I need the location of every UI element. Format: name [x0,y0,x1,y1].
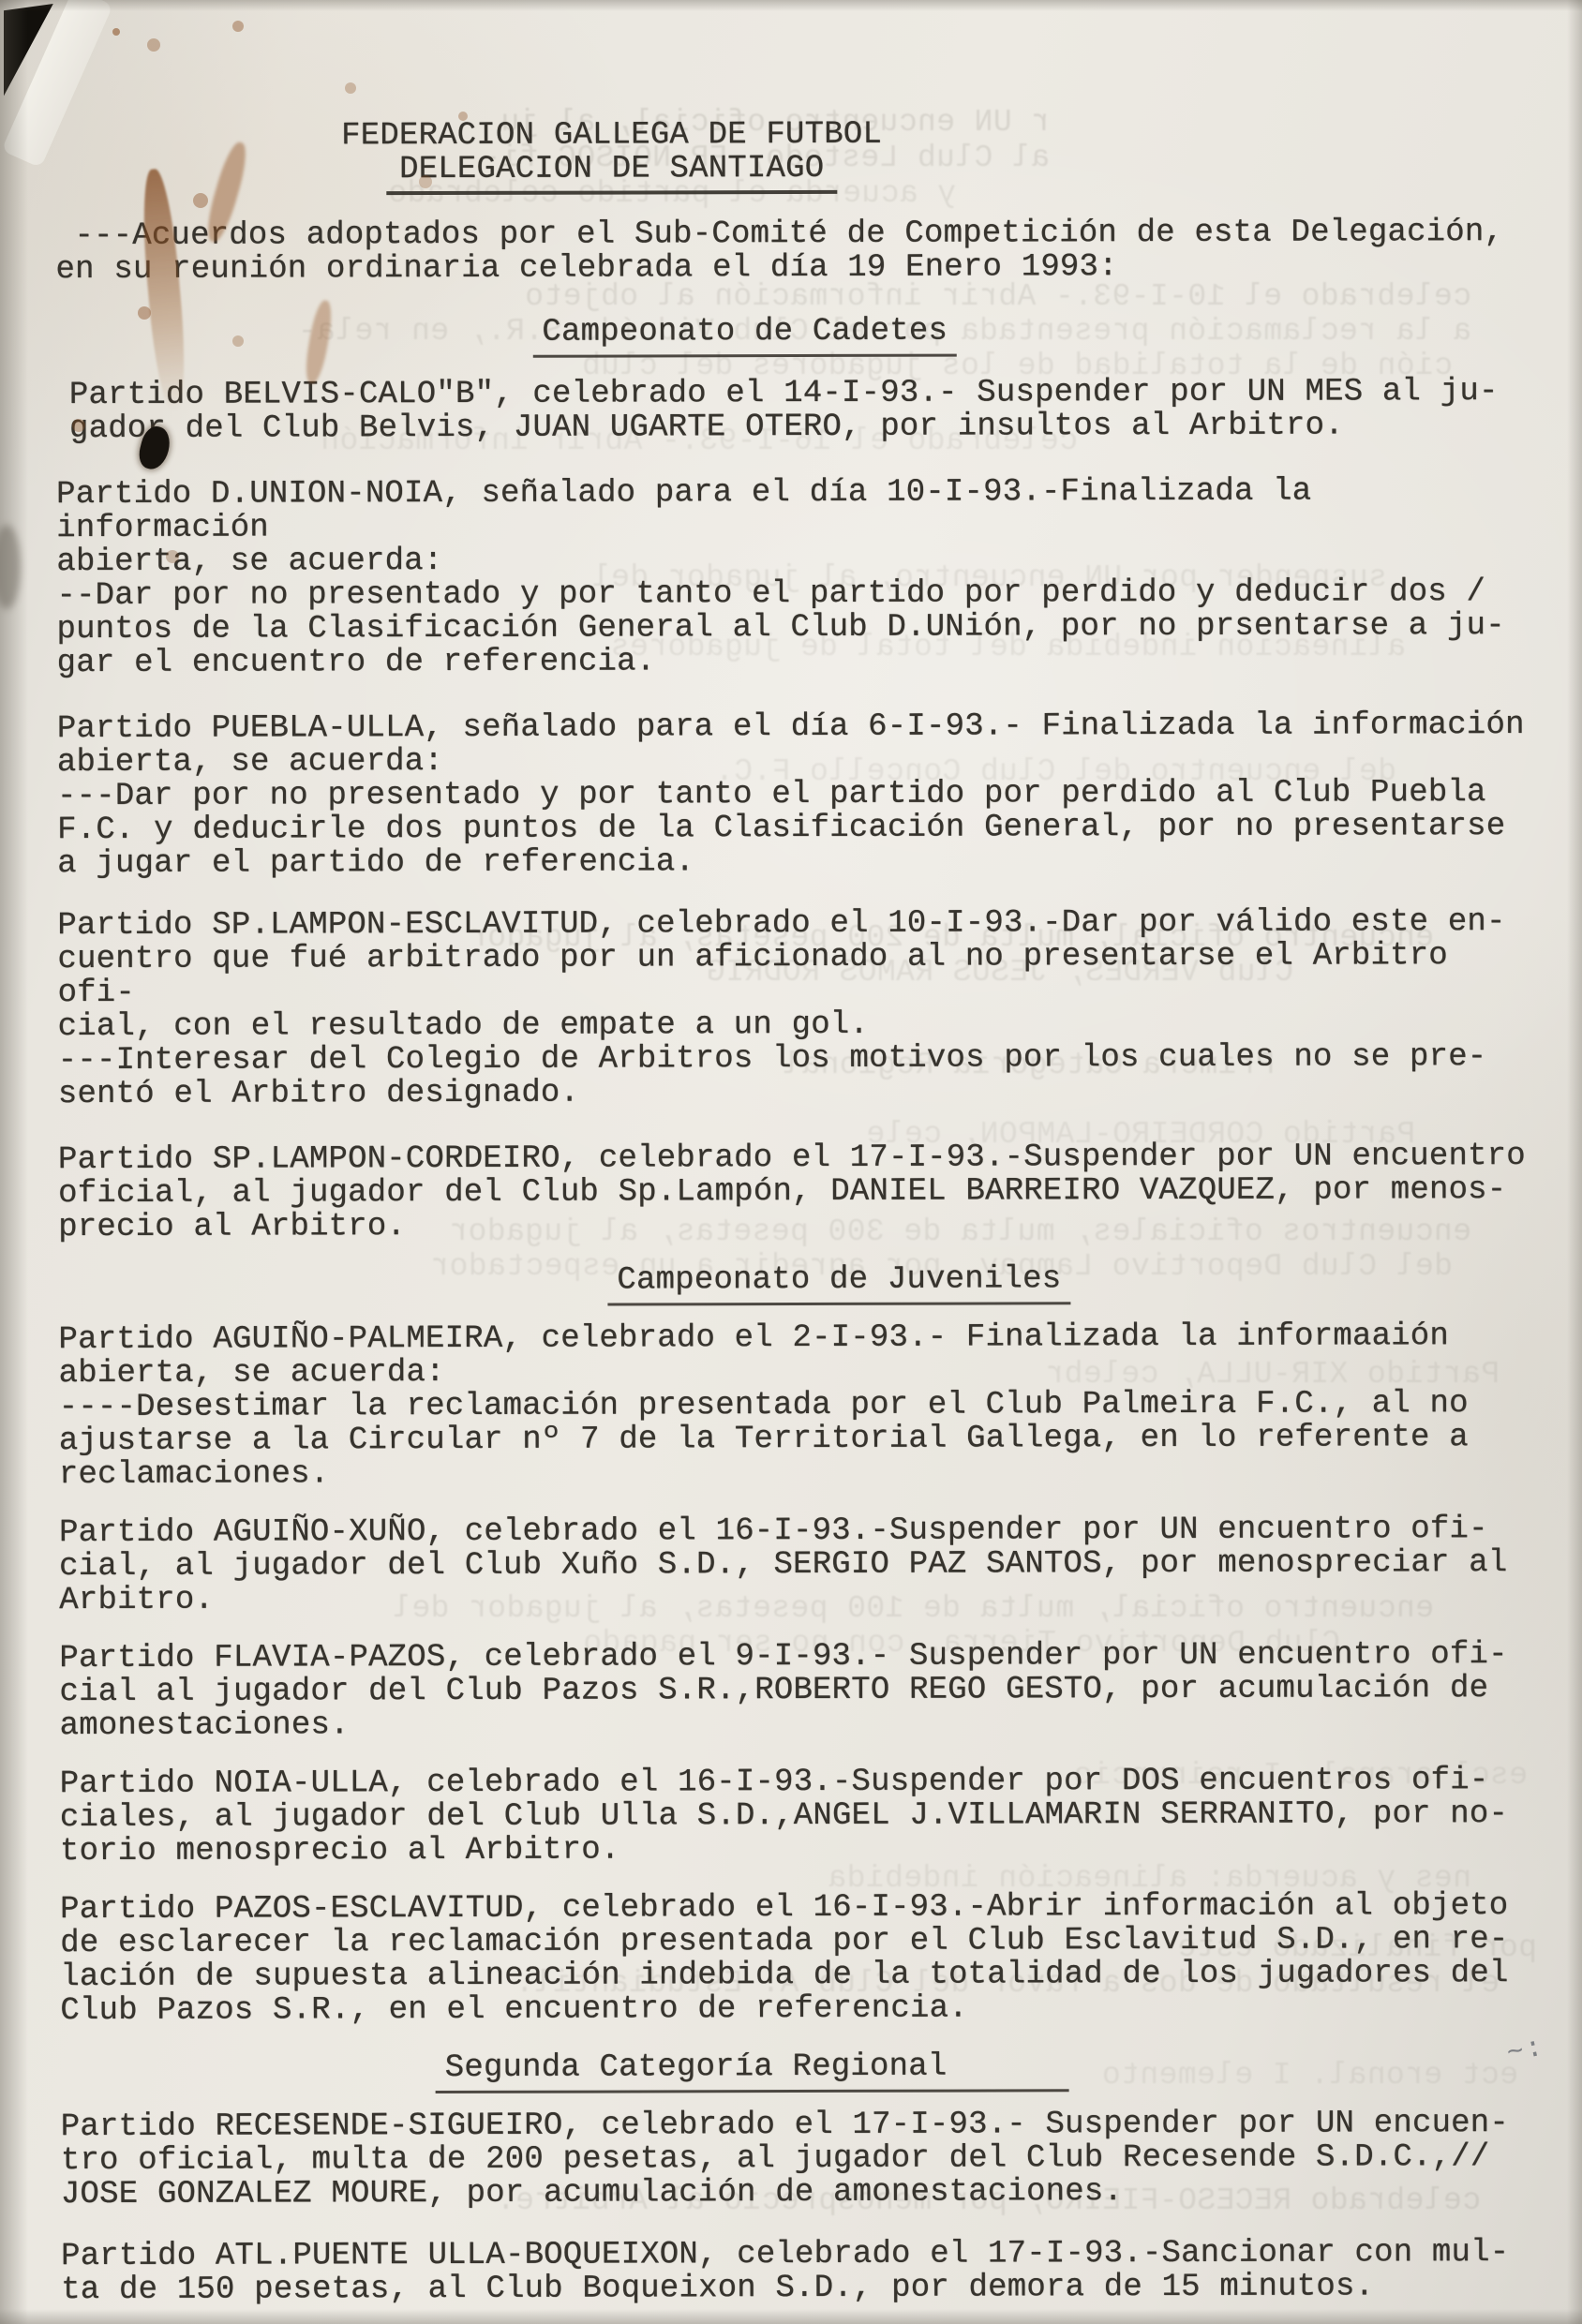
typed-content: FEDERACION GALLEGA DE FUTBOL DELEGACION … [55,0,1547,2307]
ruling-noia-ulla: Partido NOIA-ULLA, celebrado el 16-I-93.… [60,1764,1546,1869]
section-heading-cadetes: Campeonato de Cadetes [2,313,1488,350]
page-edge-right [1567,0,1582,2324]
ruling-puenteulla-boqueixon: Partido ATL.PUENTE ULLA-BOQUEIXON, celeb… [61,2236,1547,2307]
intro-paragraph: ---Acuerdos adoptados por el Sub-Comité … [55,216,1542,287]
ruling-recesende-sigueiro: Partido RECESENDE-SIGUEIRO, celebrado el… [61,2107,1547,2212]
ruling-pazos-esclavitud: Partido PAZOS-ESCLAVITUD, celebrado el 1… [60,1889,1546,2028]
ruling-puebla-ulla: Partido PUEBLA-ULLA, señalado para el dí… [57,708,1544,881]
ruling-flavia-pazos: Partido FLAVIA-PAZOS, celebrado el 9-I-9… [59,1638,1545,1743]
delegation-title: DELEGACION DE SANTIAGO [341,152,882,187]
ruling-lampon-cordeiro: Partido SP.LAMPON-CORDEIRO, celebrado el… [58,1140,1545,1244]
page-edge-bottom [0,2309,1582,2324]
ruling-aguino-palmeira: Partido AGUIÑO-PALMEIRA, celebrado el 2-… [58,1319,1545,1492]
ruling-dunion-noia: Partido D.UNION-NOIA, señalado para el d… [56,474,1544,680]
rust-speckles [112,28,120,36]
ruling-aguino-xuno: Partido AGUIÑO-XUÑO, celebrado el 16-I-9… [59,1512,1545,1617]
scanned-document-page: r UN encuentro oficial, al jual Club Les… [0,0,1582,2324]
federation-title: FEDERACION GALLEGA DE FUTBOL [341,118,882,154]
ruling-lampon-esclavitud: Partido SP.LAMPON-ESCLAVITUD, celebrado … [57,905,1545,1111]
section-heading-segunda-regional: Segunda Categoría Regional [9,2048,1496,2086]
ruling-belvis-calo: Partido BELVIS-CALO"B", celebrado el 14-… [69,375,1543,446]
section-heading-juveniles: Campeonato de Juveniles [96,1261,1582,1299]
delegation-title-text: DELEGACION DE SANTIAGO [386,151,837,195]
document-header: FEDERACION GALLEGA DE FUTBOL DELEGACION … [341,118,882,187]
edge-smudge [0,525,21,609]
